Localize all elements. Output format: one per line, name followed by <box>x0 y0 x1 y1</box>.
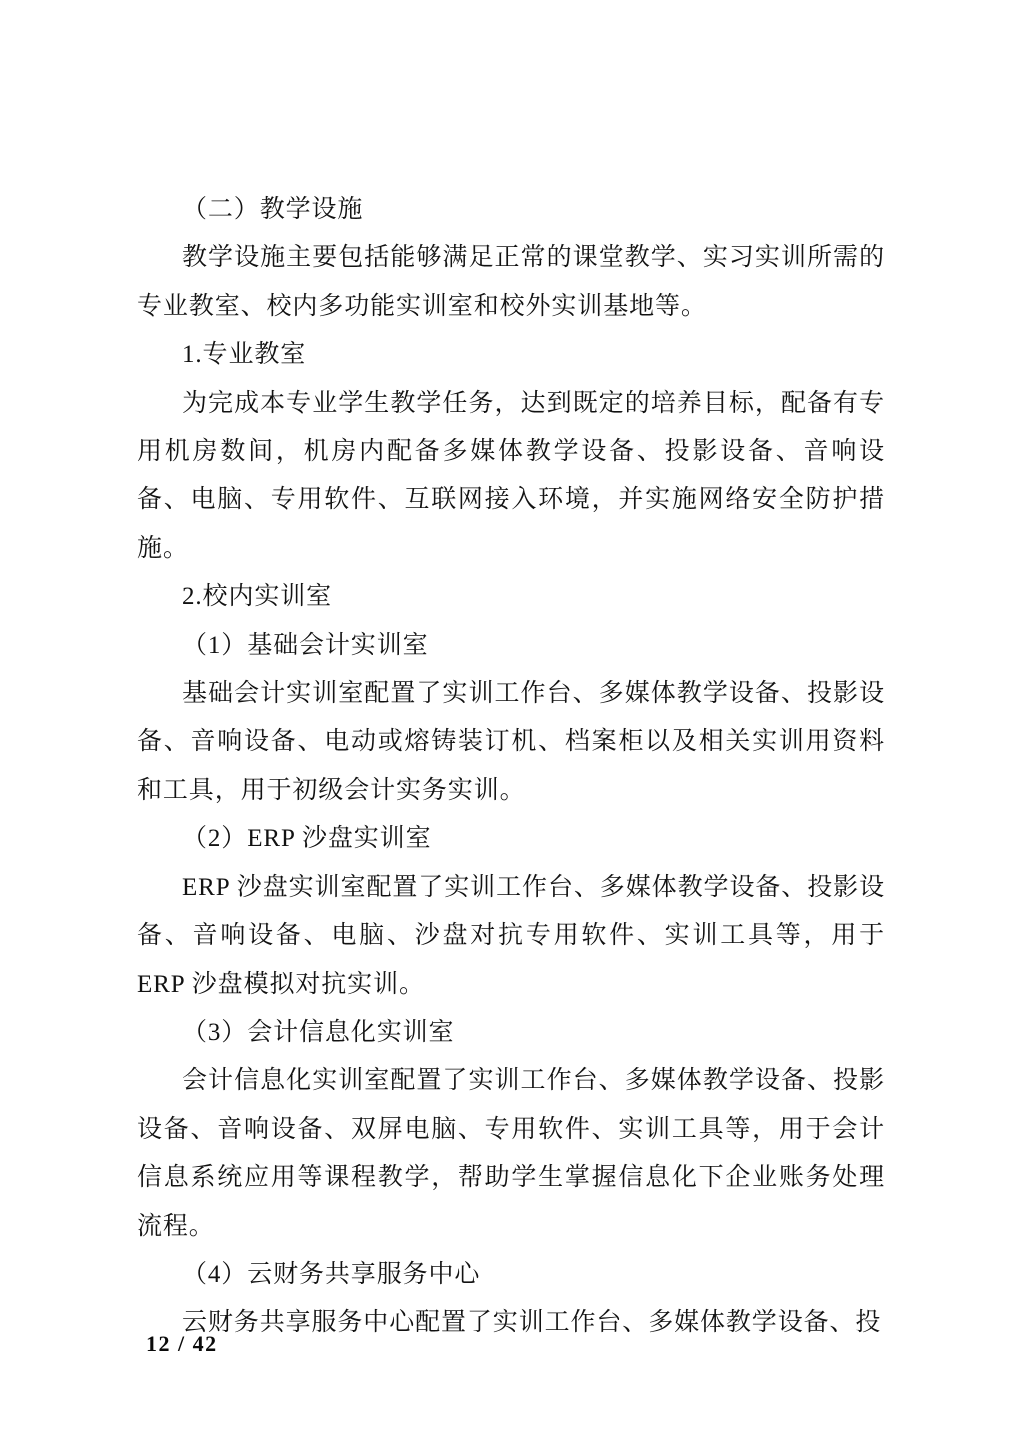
para-teaching-facilities-overview: 教学设施主要包括能够满足正常的课堂教学、实习实训所需的专业教室、校内多功能实训室… <box>137 234 885 331</box>
document-page: （二）教学设施 教学设施主要包括能够满足正常的课堂教学、实习实训所需的专业教室、… <box>0 0 1024 1448</box>
heading-teaching-facilities: （二）教学设施 <box>137 186 885 234</box>
heading-accounting-informatization-training-room: （3）会计信息化实训室 <box>137 1009 885 1057</box>
para-accounting-informatization-training-room: 会计信息化实训室配置了实训工作台、多媒体教学设备、投影设备、音响设备、双屏电脑、… <box>137 1057 885 1251</box>
para-erp-sandbox-training-room: ERP 沙盘实训室配置了实训工作台、多媒体教学设备、投影设备、音响设备、电脑、沙… <box>137 864 885 1009</box>
heading-campus-training-rooms: 2.校内实训室 <box>137 573 885 621</box>
para-basic-accounting-training-room: 基础会计实训室配置了实训工作台、多媒体教学设备、投影设备、音响设备、电动或熔铸装… <box>137 670 885 815</box>
heading-basic-accounting-training-room: （1）基础会计实训室 <box>137 622 885 670</box>
para-cloud-finance-shared-service-center: 云财务共享服务中心配置了实训工作台、多媒体教学设备、投 <box>137 1299 885 1347</box>
para-specialized-classrooms: 为完成本专业学生教学任务，达到既定的培养目标，配备有专用机房数间，机房内配备多媒… <box>137 380 885 574</box>
heading-erp-sandbox-training-room: （2）ERP 沙盘实训室 <box>137 815 885 863</box>
page-number: 12 / 42 <box>146 1331 218 1357</box>
heading-cloud-finance-shared-service-center: （4）云财务共享服务中心 <box>137 1251 885 1299</box>
heading-specialized-classrooms: 1.专业教室 <box>137 331 885 379</box>
document-body: （二）教学设施 教学设施主要包括能够满足正常的课堂教学、实习实训所需的专业教室、… <box>137 186 885 1348</box>
